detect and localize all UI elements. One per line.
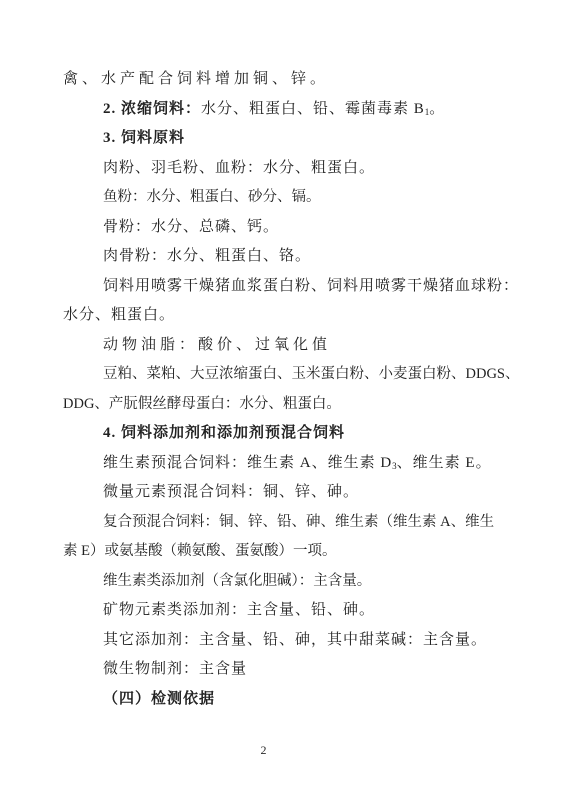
- doc-line-12: DDG、产朊假丝酵母蛋白：水分、粗蛋白。: [63, 390, 515, 420]
- document-body: 禽、水产配合饲料增加铜、锌。2. 浓缩饲料：水分、粗蛋白、铅、霉菌毒素 B1。3…: [63, 65, 515, 714]
- body-text: 矿物元素类添加剂：主含量、铅、砷。: [103, 602, 375, 618]
- heading-text: （四）检测依据: [103, 691, 215, 707]
- doc-line-2: 2. 浓缩饲料：水分、粗蛋白、铅、霉菌毒素 B1。: [63, 95, 515, 125]
- body-text: 肉骨粉：水分、粗蛋白、铬。: [103, 248, 311, 264]
- body-text: 、维生素 E。: [397, 455, 492, 471]
- body-text: 鱼粉：水分、粗蛋白、砂分、镉。: [103, 189, 321, 205]
- doc-line-21: 微生物制剂：主含量: [63, 655, 515, 685]
- doc-line-7: 肉骨粉：水分、粗蛋白、铬。: [63, 242, 515, 272]
- doc-line-14: 维生素预混合饲料：维生素 A、维生素 D3、维生素 E。: [63, 449, 515, 479]
- body-text: 微生物制剂：主含量: [103, 661, 247, 677]
- document-page: 禽、水产配合饲料增加铜、锌。2. 浓缩饲料：水分、粗蛋白、铅、霉菌毒素 B1。3…: [0, 0, 565, 800]
- body-text: 。: [429, 101, 445, 117]
- body-text: 水分、粗蛋白、铅、霉菌毒素 B: [201, 101, 425, 117]
- heading-text: 4. 饲料添加剂和添加剂预混合饲料: [103, 425, 345, 441]
- body-text: 骨粉：水分、总磷、钙。: [103, 219, 279, 235]
- body-text: 动物油脂：酸价、过氧化值: [103, 337, 331, 353]
- doc-line-9: 水分、粗蛋白。: [63, 301, 515, 331]
- doc-line-16: 复合预混合饲料：铜、锌、铅、砷、维生素（维生素 A、维生: [63, 508, 515, 538]
- body-text: 其它添加剂：主含量、铅、砷，其中甜菜碱：主含量。: [103, 632, 487, 648]
- doc-line-15: 微量元素预混合饲料：铜、锌、砷。: [63, 478, 515, 508]
- doc-line-8: 饲料用喷雾干燥猪血浆蛋白粉、饲料用喷雾干燥猪血球粉：: [63, 272, 515, 302]
- body-text: 禽、水产配合饲料增加铜、锌。: [63, 71, 329, 87]
- body-text: 肉粉、羽毛粉、血粉：水分、粗蛋白。: [103, 160, 375, 176]
- body-text: 饲料用喷雾干燥猪血浆蛋白粉、饲料用喷雾干燥猪血球粉：: [103, 278, 519, 294]
- body-text: 复合预混合饲料：铜、锌、铅、砷、维生素（维生素 A、维生: [103, 514, 494, 530]
- body-text: 维生素预混合饲料：维生素 A、维生素 D: [103, 455, 392, 471]
- doc-line-10: 动物油脂：酸价、过氧化值: [63, 331, 515, 361]
- body-text: 维生素类添加剂（含氯化胆碱）：主含量。: [103, 573, 371, 589]
- heading-text: 2. 浓缩饲料：: [103, 101, 201, 117]
- page-number: 2: [0, 743, 527, 758]
- doc-line-13: 4. 饲料添加剂和添加剂预混合饲料: [63, 419, 515, 449]
- body-text: DDG、产朊假丝酵母蛋白：水分、粗蛋白。: [63, 396, 341, 412]
- doc-line-3: 3. 饲料原料: [63, 124, 515, 154]
- body-text: 水分、粗蛋白。: [63, 307, 175, 323]
- doc-line-4: 肉粉、羽毛粉、血粉：水分、粗蛋白。: [63, 154, 515, 184]
- doc-line-22: （四）检测依据: [63, 685, 515, 715]
- body-text: 豆粕、菜粕、大豆浓缩蛋白、玉米蛋白粉、小麦蛋白粉、DDGS、: [103, 366, 519, 382]
- doc-line-17: 素 E）或氨基酸（赖氨酸、蛋氨酸）一项。: [63, 537, 515, 567]
- heading-text: 3. 饲料原料: [103, 130, 185, 146]
- doc-line-18: 维生素类添加剂（含氯化胆碱）：主含量。: [63, 567, 515, 597]
- body-text: 素 E）或氨基酸（赖氨酸、蛋氨酸）一项。: [63, 543, 336, 559]
- doc-line-5: 鱼粉：水分、粗蛋白、砂分、镉。: [63, 183, 515, 213]
- doc-line-6: 骨粉：水分、总磷、钙。: [63, 213, 515, 243]
- doc-line-19: 矿物元素类添加剂：主含量、铅、砷。: [63, 596, 515, 626]
- doc-line-11: 豆粕、菜粕、大豆浓缩蛋白、玉米蛋白粉、小麦蛋白粉、DDGS、: [63, 360, 515, 390]
- body-text: 微量元素预混合饲料：铜、锌、砷。: [103, 484, 359, 500]
- doc-line-20: 其它添加剂：主含量、铅、砷，其中甜菜碱：主含量。: [63, 626, 515, 656]
- doc-line-1: 禽、水产配合饲料增加铜、锌。: [63, 65, 515, 95]
